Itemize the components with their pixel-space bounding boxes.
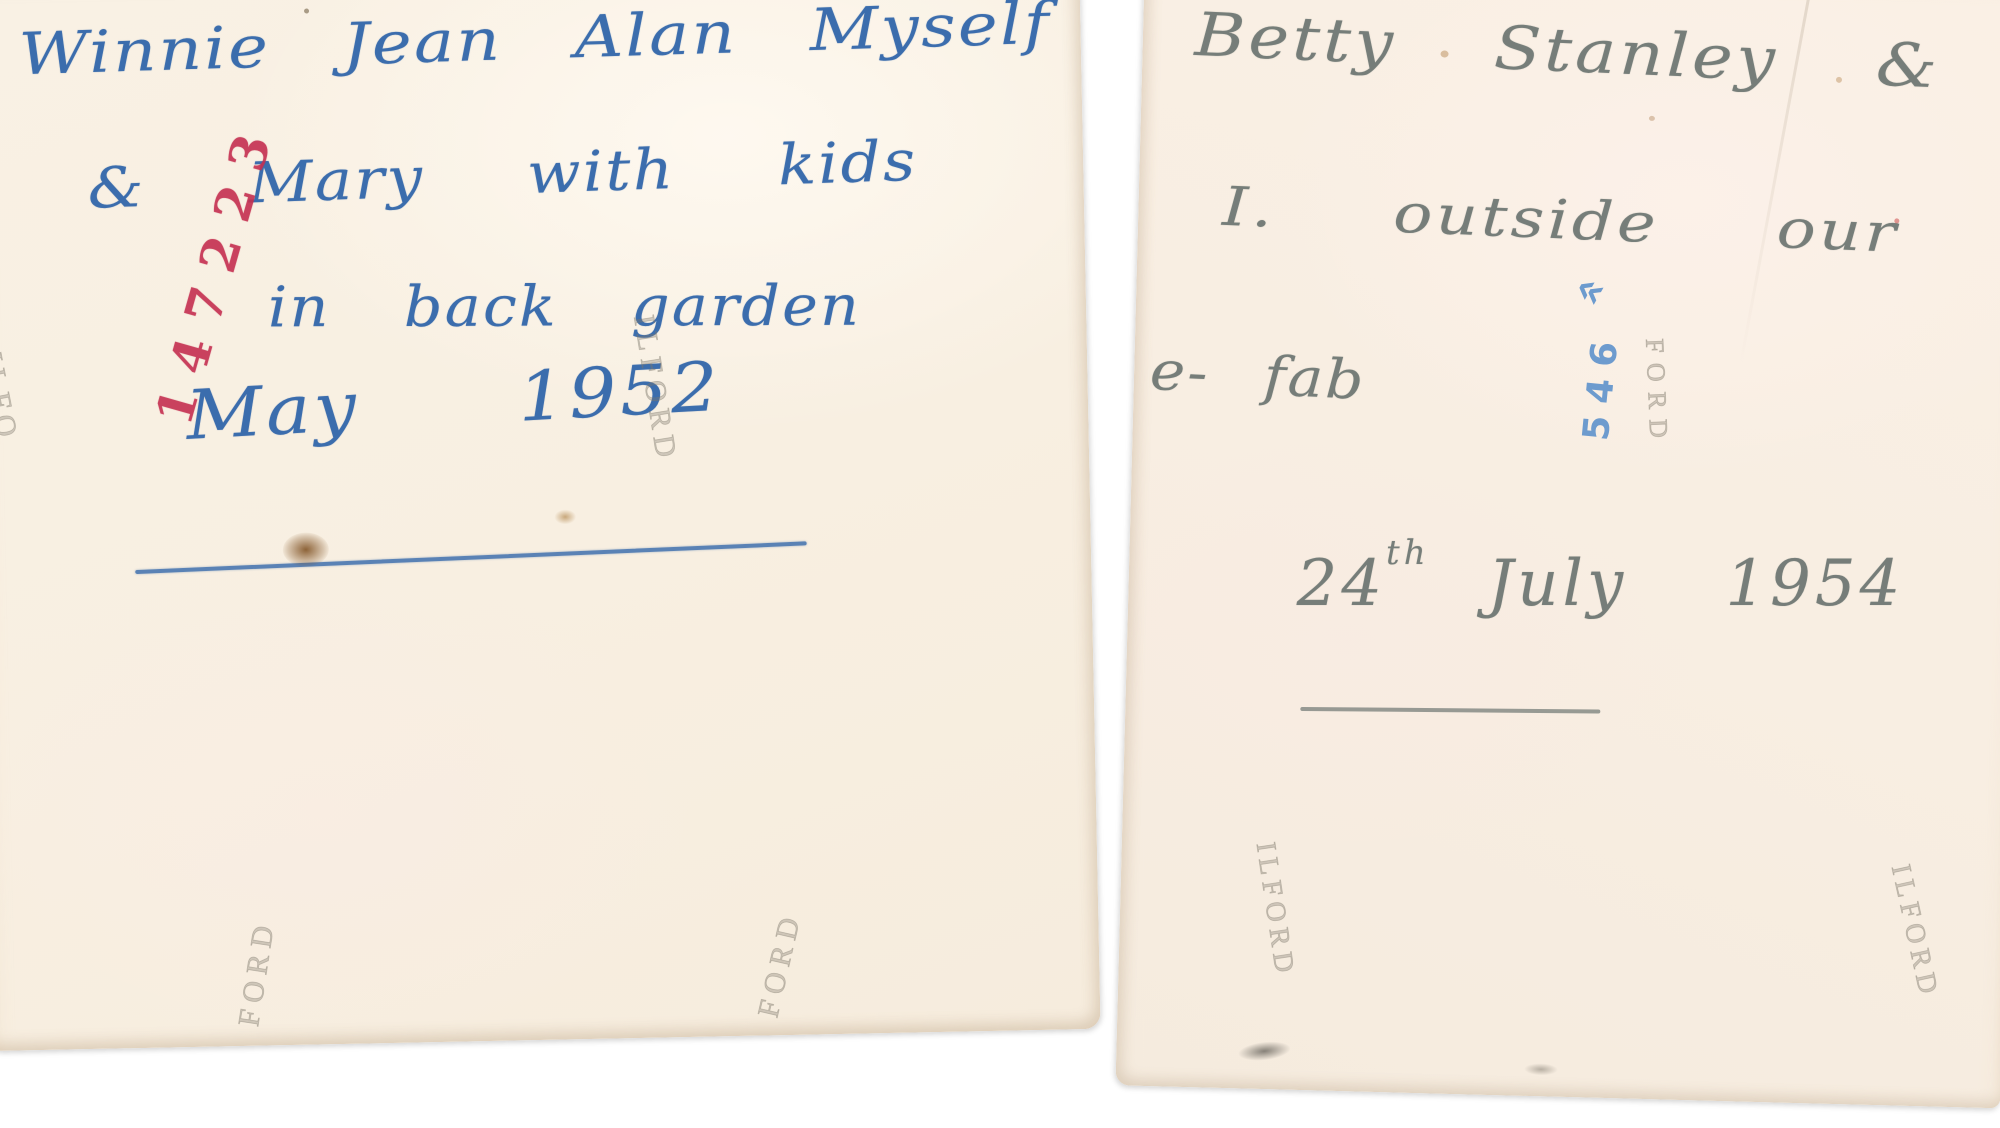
stain	[554, 509, 576, 524]
ilford-watermark: FORD	[752, 908, 809, 1021]
date-suffix: th	[1386, 533, 1430, 573]
handwriting-line-1: Betty Stanley &	[1193, 0, 1941, 102]
smudge	[1238, 1039, 1292, 1063]
ilford-watermark: FORD	[1639, 338, 1674, 449]
blue-stamp-mark: «	[1566, 261, 1616, 319]
date-rest: July 1954	[1488, 547, 1905, 621]
ilford-watermark: ILFO	[0, 350, 25, 446]
date-day: 24	[1297, 547, 1386, 621]
handwriting-line-3: in back garden	[268, 274, 861, 341]
handwriting-line-1: Winnie Jean Alan Myself	[18, 0, 1052, 88]
handwriting-line-3: e- fab	[1149, 339, 1367, 412]
smudge	[1524, 1063, 1558, 1076]
blue-stamp-number: 546	[1576, 328, 1627, 443]
ilford-watermark: ILFORD	[1249, 840, 1301, 980]
stain	[304, 8, 309, 13]
stain	[1649, 116, 1655, 121]
ilford-watermark: FORD	[232, 917, 282, 1029]
handwriting-line-2: I. outside our	[1221, 175, 1900, 265]
right-photo-back: Betty Stanley & I. outside our e- fab 24…	[1115, 0, 2000, 1108]
ink-underline	[135, 541, 807, 574]
left-photo-back: Winnie Jean Alan Myself & Mary with kids…	[0, 0, 1101, 1051]
ilford-watermark: ILFORD	[1884, 862, 1945, 1003]
handwriting-date-line: 24thJuly 1954	[1297, 547, 1905, 621]
pencil-underline	[1300, 707, 1600, 714]
stain	[1894, 218, 1899, 223]
